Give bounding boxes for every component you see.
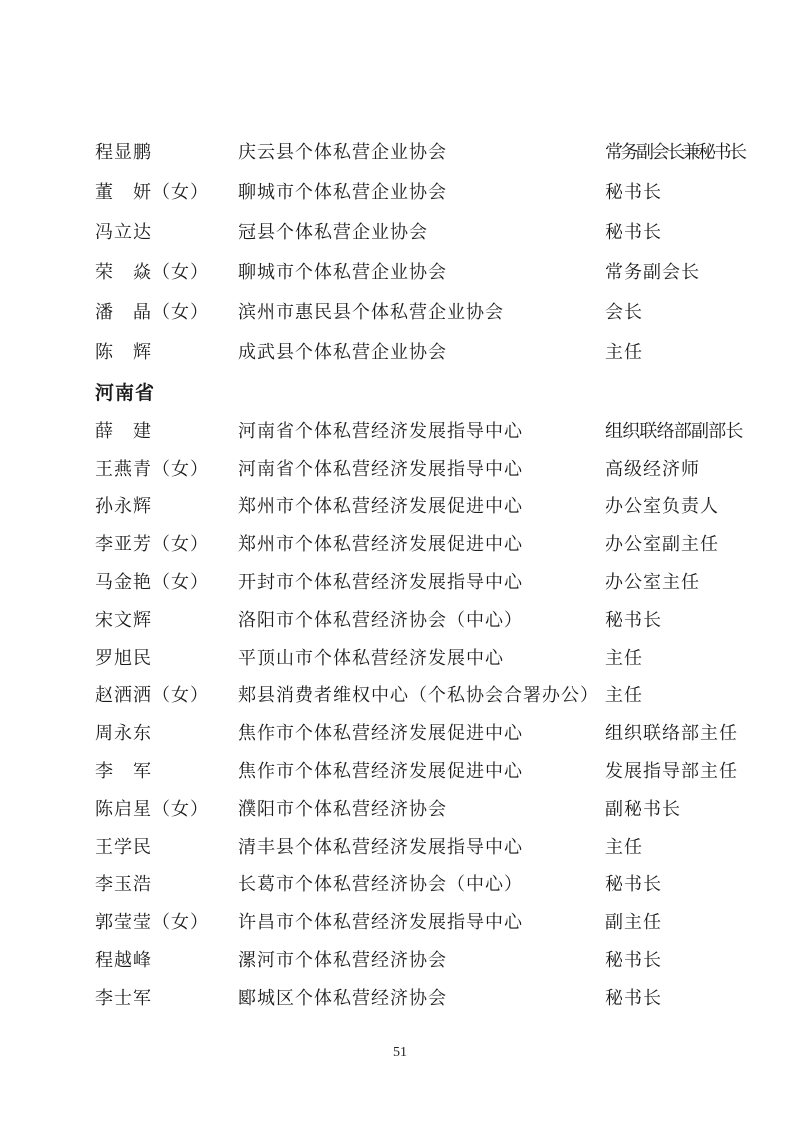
table-row: 王燕青（女） 河南省个体私营经济发展指导中心 高级经济师 [95,449,742,487]
position: 常务副会长兼秘书长 [605,138,745,164]
table-row: 李亚芳（女） 郑州市个体私营经济发展促进中心 办公室副主任 [95,524,742,562]
section-header-henan: 河南省 [95,378,155,405]
organization: 成武县个体私营企业协会 [238,338,605,364]
table-row: 陈启星（女） 濮阳市个体私营经济协会 副秘书长 [95,789,742,827]
organization: 聊城市个体私营企业协会 [238,258,605,284]
position: 主任 [605,644,742,670]
person-name: 董 妍（女） [95,178,238,204]
person-name: 潘 晶（女） [95,298,238,324]
table-row: 孙永辉 郑州市个体私营经济发展促进中心 办公室负责人 [95,487,742,525]
position: 秘书长 [605,946,742,972]
position: 组织联络部副部长 [605,417,743,443]
position: 秘书长 [605,178,742,204]
person-name: 赵洒洒（女） [95,681,238,707]
organization: 冠县个体私营企业协会 [238,218,605,244]
table-row: 马金艳（女） 开封市个体私营经济发展指导中心 办公室主任 [95,562,742,600]
position: 发展指导部主任 [605,757,742,783]
organization: 漯河市个体私营经济协会 [238,946,605,972]
organization: 河南省个体私营经济发展指导中心 [238,455,605,481]
position: 副秘书长 [605,795,742,821]
person-name: 程越峰 [95,946,238,972]
person-name: 宋文辉 [95,606,238,632]
roster-table: 程显鹏 庆云县个体私营企业协会 常务副会长兼秘书长 董 妍（女） 聊城市个体私营… [95,131,742,1016]
position: 秘书长 [605,218,742,244]
table-row: 程显鹏 庆云县个体私营企业协会 常务副会长兼秘书长 [95,131,742,171]
table-row: 李 军 焦作市个体私营经济发展促进中心 发展指导部主任 [95,751,742,789]
position: 办公室主任 [605,568,742,594]
table-row: 冯立达 冠县个体私营企业协会 秘书长 [95,211,742,251]
organization: 郾城区个体私营经济协会 [238,984,605,1010]
table-row: 李玉浩 长葛市个体私营经济协会（中心） 秘书长 [95,865,742,903]
position: 主任 [605,681,742,707]
person-name: 王学民 [95,833,238,859]
position: 主任 [605,338,742,364]
organization: 焦作市个体私营经济发展促进中心 [238,757,605,783]
table-row: 陈 辉 成武县个体私营企业协会 主任 [95,331,742,371]
position: 副主任 [605,908,742,934]
person-name: 陈 辉 [95,338,238,364]
organization: 滨州市惠民县个体私营企业协会 [238,298,605,324]
table-row: 赵洒洒（女） 郏县消费者维权中心（个私协会合署办公） 主任 [95,676,742,714]
person-name: 孙永辉 [95,492,238,518]
page-number: 51 [0,1045,800,1061]
person-name: 李 军 [95,757,238,783]
table-row: 薛 建 河南省个体私营经济发展指导中心 组织联络部副部长 [95,411,742,449]
person-name: 李玉浩 [95,870,238,896]
organization: 清丰县个体私营经济发展指导中心 [238,833,605,859]
table-row: 李士军 郾城区个体私营经济协会 秘书长 [95,978,742,1016]
person-name: 王燕青（女） [95,455,238,481]
organization: 聊城市个体私营企业协会 [238,178,605,204]
table-row: 罗旭民 平顶山市个体私营经济发展中心 主任 [95,638,742,676]
organization: 河南省个体私营经济发展指导中心 [238,417,605,443]
table-row: 宋文辉 洛阳市个体私营经济协会（中心） 秘书长 [95,600,742,638]
table-row: 荣 焱（女） 聊城市个体私营企业协会 常务副会长 [95,251,742,291]
position: 会长 [605,298,742,324]
table-row: 周永东 焦作市个体私营经济发展促进中心 组织联络部主任 [95,713,742,751]
person-name: 周永东 [95,719,238,745]
document-page: 程显鹏 庆云县个体私营企业协会 常务副会长兼秘书长 董 妍（女） 聊城市个体私营… [0,0,800,1131]
organization: 开封市个体私营经济发展指导中心 [238,568,605,594]
table-row: 王学民 清丰县个体私营经济发展指导中心 主任 [95,827,742,865]
person-name: 程显鹏 [95,138,238,164]
table-row: 郭莹莹（女） 许昌市个体私营经济发展指导中心 副主任 [95,902,742,940]
organization: 平顶山市个体私营经济发展中心 [238,644,605,670]
organization: 濮阳市个体私营经济协会 [238,795,605,821]
organization: 长葛市个体私营经济协会（中心） [238,870,605,896]
section-header-row: 河南省 [95,371,742,411]
position: 组织联络部主任 [605,719,742,745]
person-name: 冯立达 [95,218,238,244]
person-name: 马金艳（女） [95,568,238,594]
person-name: 陈启星（女） [95,795,238,821]
position: 秘书长 [605,606,742,632]
section-shandong-continued: 程显鹏 庆云县个体私营企业协会 常务副会长兼秘书长 董 妍（女） 聊城市个体私营… [95,131,742,371]
person-name: 李士军 [95,984,238,1010]
position: 秘书长 [605,984,742,1010]
person-name: 罗旭民 [95,644,238,670]
section-henan: 薛 建 河南省个体私营经济发展指导中心 组织联络部副部长 王燕青（女） 河南省个… [95,411,742,1016]
organization: 郑州市个体私营经济发展促进中心 [238,530,605,556]
person-name: 李亚芳（女） [95,530,238,556]
table-row: 董 妍（女） 聊城市个体私营企业协会 秘书长 [95,171,742,211]
position: 秘书长 [605,870,742,896]
organization: 焦作市个体私营经济发展促进中心 [238,719,605,745]
person-name: 郭莹莹（女） [95,908,238,934]
position: 高级经济师 [605,455,742,481]
person-name: 薛 建 [95,417,238,443]
position: 常务副会长 [605,258,742,284]
person-name: 荣 焱（女） [95,258,238,284]
position: 主任 [605,833,742,859]
position: 办公室负责人 [605,492,742,518]
organization: 庆云县个体私营企业协会 [238,138,605,164]
organization: 洛阳市个体私营经济协会（中心） [238,606,605,632]
table-row: 潘 晶（女） 滨州市惠民县个体私营企业协会 会长 [95,291,742,331]
organization: 许昌市个体私营经济发展指导中心 [238,908,605,934]
position: 办公室副主任 [605,530,742,556]
organization: 郑州市个体私营经济发展促进中心 [238,492,605,518]
organization: 郏县消费者维权中心（个私协会合署办公） [238,681,605,707]
table-row: 程越峰 漯河市个体私营经济协会 秘书长 [95,940,742,978]
